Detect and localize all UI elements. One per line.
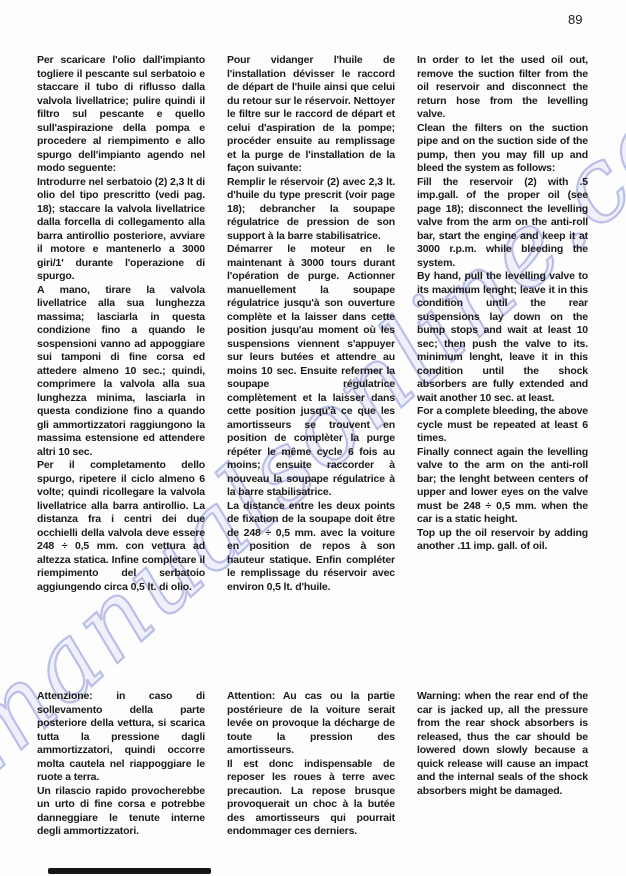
paragraph-en-7: Top up the oil reservoir by adding anoth… (417, 527, 588, 554)
warning-label-en: Warning: (417, 690, 461, 702)
page-number: 89 (568, 12, 608, 27)
paragraph-en-2: Clean the filters on the suction pipe an… (417, 122, 588, 176)
column-italian-main: Per scaricare l'olio dall'impianto togli… (37, 54, 205, 594)
paragraph-en-4: By hand, pull the levelling valve to its… (417, 270, 588, 405)
scan-artifact-bar (48, 868, 211, 874)
warning-label-it: Attenzione: (37, 690, 93, 702)
warning-label-fr: Attention: (227, 690, 275, 702)
paragraph-fr-2: Remplir le réservoir (2) avec 2,3 lt. d'… (227, 176, 395, 244)
warning-text-en: when the rear end of the car is jacked u… (417, 690, 588, 797)
warning-paragraph-en: Warning: when the rear end of the car is… (417, 690, 588, 798)
paragraph-en-1: In order to let the used oil out, remove… (417, 54, 588, 122)
column-english-main: In order to let the used oil out, remove… (417, 54, 588, 554)
paragraph-fr-3: Démarrer le moteur en le maintenant à 30… (227, 243, 395, 500)
paragraph-en-6: Finally connect again the levelling valv… (417, 446, 588, 527)
warning-paragraph-fr-2: Il est donc indispensable de reposer les… (227, 758, 395, 839)
paragraph-en-5: For a complete bleeding, the above cycle… (417, 405, 588, 446)
warning-paragraph-fr: Attention: Au cas ou la partie postérieu… (227, 690, 395, 758)
warning-text-it: in caso di sollevamento della parte post… (37, 690, 205, 783)
paragraph-en-3: Fill the reservoir (2) with .5 imp.gall.… (417, 176, 588, 271)
paragraph-fr-1: Pour vidanger l'huile de l'installation … (227, 54, 395, 176)
column-english-warning: Warning: when the rear end of the car is… (417, 690, 588, 798)
warning-paragraph-it-2: Un rilascio rapido provocherebbe un urto… (37, 785, 205, 839)
column-french-warning: Attention: Au cas ou la partie postérieu… (227, 690, 395, 839)
warning-paragraph-it: Attenzione: in caso di sollevamento dell… (37, 690, 205, 785)
paragraph-fr-4: La distance entre les deux points de fix… (227, 500, 395, 595)
paragraph-it-3: A mano, tirare la valvola livellatrice a… (37, 284, 205, 460)
paragraph-it-2: Introdurre nel serbatoio (2) 2,3 lt di o… (37, 176, 205, 284)
paragraph-it-4: Per il completamento dello spurgo, ripet… (37, 459, 205, 594)
column-french-main: Pour vidanger l'huile de l'installation … (227, 54, 395, 594)
manual-page: manualsonline.com 89 Per scaricare l'oli… (0, 0, 626, 876)
paragraph-it-1: Per scaricare l'olio dall'impianto togli… (37, 54, 205, 176)
column-italian-warning: Attenzione: in caso di sollevamento dell… (37, 690, 205, 839)
